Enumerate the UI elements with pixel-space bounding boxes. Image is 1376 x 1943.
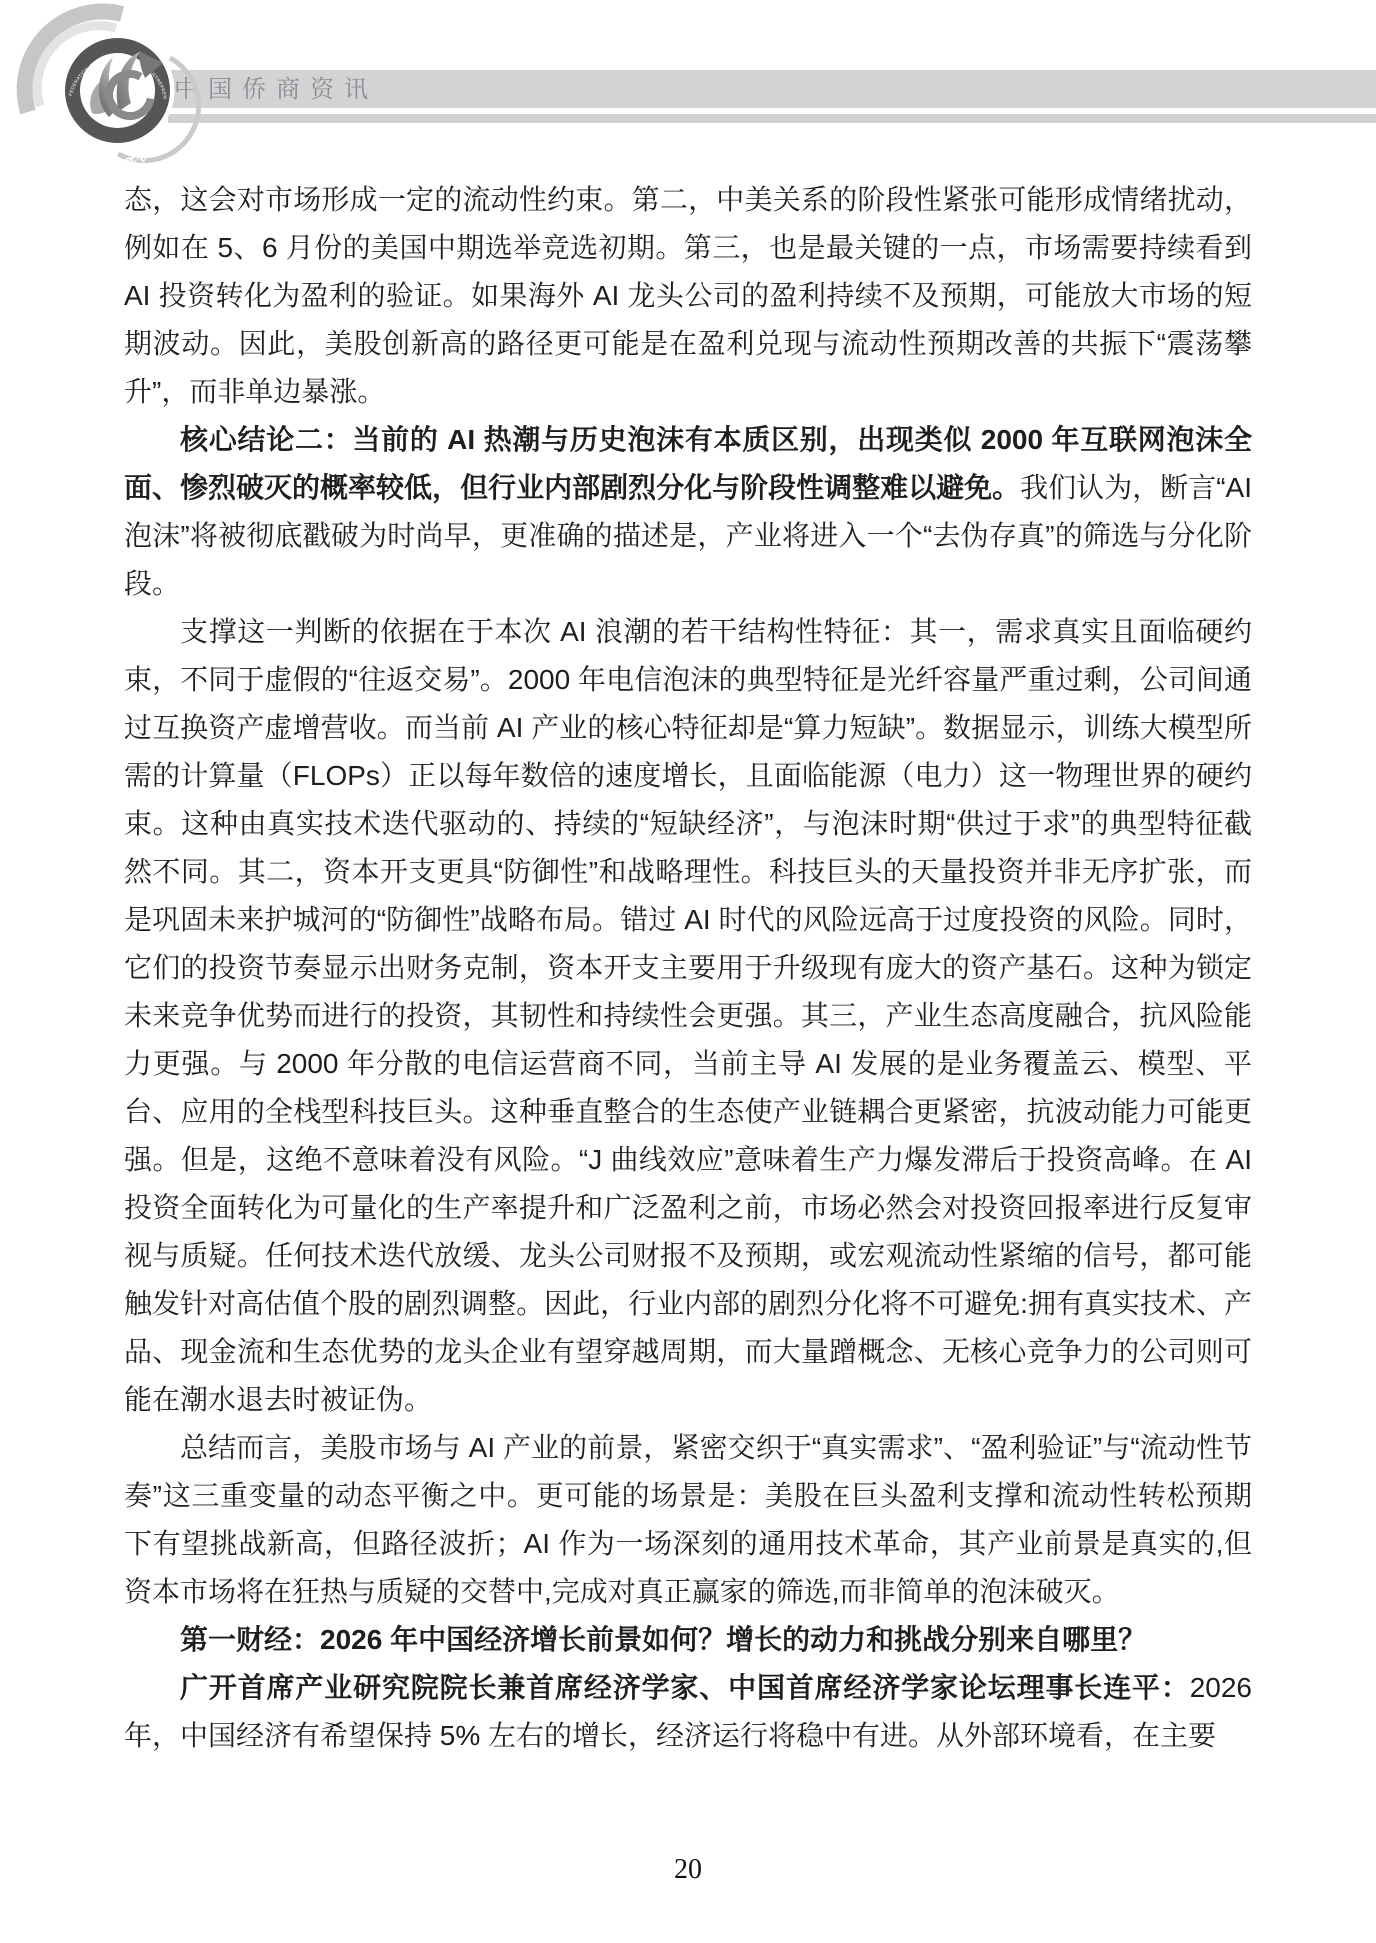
page-number: 20 <box>0 1854 1376 1886</box>
cfoce-logo-icon: 中国侨商联合会 CHINA FEDERATION OF OVERSEAS CHI… <box>0 0 235 175</box>
document-page: 中国侨商资讯 <box>0 0 1376 1943</box>
header-rule <box>168 114 1376 123</box>
paragraph: 广开首席产业研究院院长兼首席经济学家、中国首席经济学家论坛理事长连平：2026 … <box>124 1664 1252 1760</box>
paragraph: 第一财经：2026 年中国经济增长前景如何？增长的动力和挑战分别来自哪里？ <box>124 1616 1252 1664</box>
bold-text-run: 广开首席产业研究院院长兼首席经济学家、中国首席经济学家论坛理事长连平： <box>180 1672 1190 1703</box>
text-run: 支撑这一判断的依据在于本次 AI 浪潮的若干结构性特征：其一，需求真实且面临硬约… <box>124 616 1252 1415</box>
article: 态，这会对市场形成一定的流动性约束。第二，中美关系的阶段性紧张可能形成情绪扰动，… <box>124 176 1252 1760</box>
paragraph: 态，这会对市场形成一定的流动性约束。第二，中美关系的阶段性紧张可能形成情绪扰动，… <box>124 176 1252 416</box>
logo-svg: 中国侨商联合会 CHINA FEDERATION OF OVERSEAS CHI… <box>0 0 235 175</box>
text-run: 总结而言，美股市场与 AI 产业的前景，紧密交织于“真实需求”、“盈利验证”与“… <box>124 1432 1252 1607</box>
bold-text-run: 第一财经：2026 年中国经济增长前景如何？增长的动力和挑战分别来自哪里？ <box>180 1624 1146 1655</box>
paragraph: 支撑这一判断的依据在于本次 AI 浪潮的若干结构性特征：其一，需求真实且面临硬约… <box>124 608 1252 1424</box>
header-banner: 中国侨商资讯 <box>130 70 1376 108</box>
paragraph: 核心结论二：当前的 AI 热潮与历史泡沫有本质区别，出现类似 2000 年互联网… <box>124 416 1252 608</box>
text-run: 态，这会对市场形成一定的流动性约束。第二，中美关系的阶段性紧张可能形成情绪扰动，… <box>124 184 1252 407</box>
paragraph: 总结而言，美股市场与 AI 产业的前景，紧密交织于“真实需求”、“盈利验证”与“… <box>124 1424 1252 1616</box>
